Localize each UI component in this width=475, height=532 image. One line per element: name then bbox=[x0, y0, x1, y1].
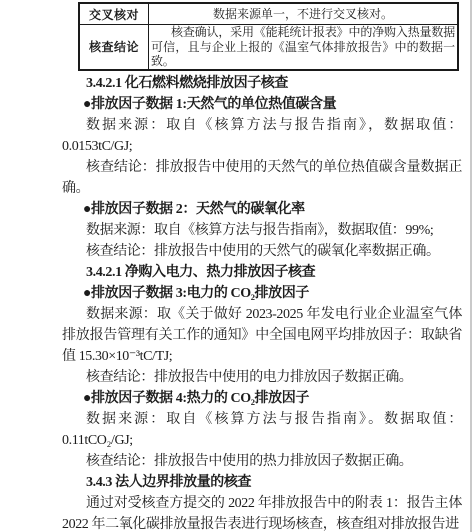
verification-table-body: 交叉核对数据来源单一，不进行交叉核对。核查结论核查确认，采用《能耗统计报表》中的… bbox=[79, 3, 458, 70]
table-row: 交叉核对数据来源单一，不进行交叉核对。 bbox=[79, 3, 458, 25]
page-edge-line bbox=[470, 0, 472, 532]
section-heading: 3.4.2.1 净购入电力、热力排放因子核查 bbox=[62, 262, 462, 283]
paragraph: 核查结论：排放报告中使用的天然气的单位热值碳含量数据正确。 bbox=[62, 157, 462, 199]
verification-table: 交叉核对数据来源单一，不进行交叉核对。核查结论核查确认，采用《能耗统计报表》中的… bbox=[78, 2, 459, 71]
section-heading: 3.4.2.1 化石燃料燃烧排放因子核查 bbox=[62, 73, 462, 94]
paragraph: 核查结论：排放报告中使用的电力排放因子数据正确。 bbox=[62, 367, 462, 388]
document-content: 交叉核对数据来源单一，不进行交叉核对。核查结论核查确认，采用《能耗统计报表》中的… bbox=[62, 2, 462, 532]
paragraph: 通过对受核查方提交的 2022 年排放报告中的附表 1：报告主体 2022 年二… bbox=[62, 493, 462, 532]
table-row-value: 数据来源单一，不进行交叉核对。 bbox=[149, 3, 459, 25]
table-row-value: 核查确认，采用《能耗统计报表》中的净购入热量数据可信，且与企业上报的《温室气体排… bbox=[149, 25, 459, 70]
bullet-item: ●排放因子数据 1:天然气的单位热值碳含量 bbox=[62, 94, 462, 115]
document-page: { "colors": { "background": "#ffffff", "… bbox=[0, 0, 475, 532]
paragraph: 核查结论：排放报告中使用的热力排放因子数据正确。 bbox=[62, 451, 462, 472]
paragraph: 数据来源：取自《核算方法与报告指南》，数据取值：99%; bbox=[62, 220, 462, 241]
paragraph: 数据来源：取《关于做好 2023-2025 年发电行业企业温室气体排放报告管理有… bbox=[62, 304, 462, 367]
bullet-item: ●排放因子数据 4:热力的 CO₂排放因子 bbox=[62, 388, 462, 409]
table-row-label: 核查结论 bbox=[79, 25, 149, 70]
bullet-item: ●排放因子数据 3:电力的 CO₂排放因子 bbox=[62, 283, 462, 304]
bullet-item: ●排放因子数据 2：天然气的碳氧化率 bbox=[62, 199, 462, 220]
paragraph: 数据来源：取自《核算方法与报告指南》，数据取值：0.0153tC/GJ; bbox=[62, 115, 462, 157]
paragraph: 核查结论：排放报告中使用的天然气的碳氧化率数据正确。 bbox=[62, 241, 462, 262]
section-heading: 3.4.3 法人边界排放量的核查 bbox=[62, 472, 462, 493]
report-body: 3.4.2.1 化石燃料燃烧排放因子核查●排放因子数据 1:天然气的单位热值碳含… bbox=[62, 73, 462, 532]
paragraph: 数据来源：取自《核算方法与报告指南》。数据取值：0.11tCO₂/GJ; bbox=[62, 409, 462, 451]
table-row-label: 交叉核对 bbox=[79, 3, 149, 25]
table-row: 核查结论核查确认，采用《能耗统计报表》中的净购入热量数据可信，且与企业上报的《温… bbox=[79, 25, 458, 70]
